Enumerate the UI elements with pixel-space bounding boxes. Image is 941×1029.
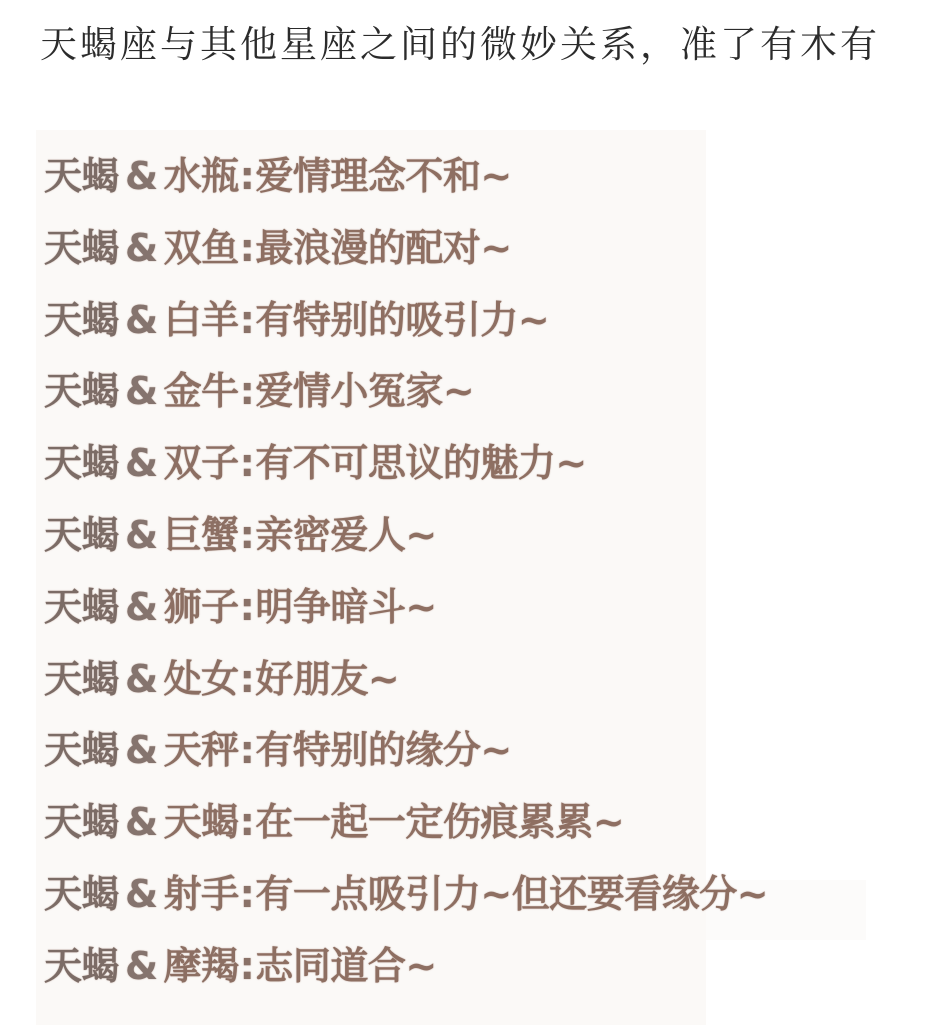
list-item: 天蝎&射手:有一点吸引力~但还要看缘分~ bbox=[44, 868, 768, 940]
row-colon: : bbox=[240, 226, 255, 270]
row-description: 有一点吸引力~但还要看缘分~ bbox=[255, 872, 768, 916]
row-subject: 天蝎 bbox=[44, 226, 119, 270]
row-subject: 天蝎 bbox=[44, 369, 119, 413]
row-colon: : bbox=[240, 728, 255, 772]
row-ampersand: & bbox=[125, 226, 158, 270]
list-item: 天蝎&水瓶:爱情理念不和~ bbox=[44, 150, 768, 222]
list-item: 天蝎&巨蟹:亲密爱人~ bbox=[44, 509, 768, 581]
row-sign: 金牛 bbox=[164, 369, 239, 413]
row-colon: : bbox=[240, 657, 255, 701]
row-subject: 天蝎 bbox=[44, 657, 119, 701]
row-sign: 水瓶 bbox=[164, 154, 239, 198]
row-subject: 天蝎 bbox=[44, 585, 119, 629]
row-description: 爱情理念不和~ bbox=[255, 154, 511, 198]
row-sign: 天秤 bbox=[164, 728, 239, 772]
row-sign: 双鱼 bbox=[164, 226, 239, 270]
list-item: 天蝎&双子:有不可思议的魅力~ bbox=[44, 437, 768, 509]
row-ampersand: & bbox=[125, 657, 158, 701]
row-ampersand: & bbox=[125, 369, 158, 413]
row-ampersand: & bbox=[125, 944, 158, 988]
row-sign: 白羊 bbox=[164, 298, 239, 342]
row-sign: 巨蟹 bbox=[164, 513, 239, 557]
row-colon: : bbox=[240, 872, 255, 916]
row-ampersand: & bbox=[125, 513, 158, 557]
row-sign: 天蝎 bbox=[164, 800, 239, 844]
row-colon: : bbox=[240, 513, 255, 557]
row-sign: 双子 bbox=[164, 441, 239, 485]
list-item: 天蝎&金牛:爱情小冤家~ bbox=[44, 365, 768, 437]
row-ampersand: & bbox=[125, 728, 158, 772]
row-colon: : bbox=[240, 944, 255, 988]
row-ampersand: & bbox=[125, 154, 158, 198]
row-description: 亲密爱人~ bbox=[255, 513, 436, 557]
row-description: 最浪漫的配对~ bbox=[255, 226, 511, 270]
list-item: 天蝎&狮子:明争暗斗~ bbox=[44, 581, 768, 653]
list-item: 天蝎&双鱼:最浪漫的配对~ bbox=[44, 222, 768, 294]
row-description: 有特别的缘分~ bbox=[255, 728, 511, 772]
row-ampersand: & bbox=[125, 872, 158, 916]
row-sign: 狮子 bbox=[164, 585, 239, 629]
row-subject: 天蝎 bbox=[44, 872, 119, 916]
row-colon: : bbox=[240, 441, 255, 485]
row-description: 好朋友~ bbox=[255, 657, 399, 701]
row-subject: 天蝎 bbox=[44, 513, 119, 557]
row-sign: 摩羯 bbox=[164, 944, 239, 988]
row-colon: : bbox=[240, 154, 255, 198]
row-ampersand: & bbox=[125, 441, 158, 485]
row-sign: 处女 bbox=[164, 657, 239, 701]
row-sign: 射手 bbox=[164, 872, 239, 916]
row-description: 有不可思议的魅力~ bbox=[255, 441, 586, 485]
list-item: 天蝎&处女:好朋友~ bbox=[44, 653, 768, 725]
list-item: 天蝎&白羊:有特别的吸引力~ bbox=[44, 294, 768, 366]
row-subject: 天蝎 bbox=[44, 800, 119, 844]
row-subject: 天蝎 bbox=[44, 441, 119, 485]
row-subject: 天蝎 bbox=[44, 728, 119, 772]
row-colon: : bbox=[240, 298, 255, 342]
row-colon: : bbox=[240, 585, 255, 629]
row-subject: 天蝎 bbox=[44, 944, 119, 988]
row-description: 爱情小冤家~ bbox=[255, 369, 474, 413]
post-title: 天蝎座与其他星座之间的微妙关系，准了有木有 bbox=[40, 20, 880, 70]
row-description: 志同道合~ bbox=[255, 944, 436, 988]
row-colon: : bbox=[240, 800, 255, 844]
list-item: 天蝎&摩羯:志同道合~ bbox=[44, 940, 768, 1012]
row-subject: 天蝎 bbox=[44, 298, 119, 342]
list-item: 天蝎&天蝎:在一起一定伤痕累累~ bbox=[44, 796, 768, 868]
row-description: 明争暗斗~ bbox=[255, 585, 436, 629]
row-colon: : bbox=[240, 369, 255, 413]
row-ampersand: & bbox=[125, 800, 158, 844]
list-item: 天蝎&天秤:有特别的缘分~ bbox=[44, 724, 768, 796]
row-description: 在一起一定伤痕累累~ bbox=[255, 800, 624, 844]
row-description: 有特别的吸引力~ bbox=[255, 298, 549, 342]
row-ampersand: & bbox=[125, 298, 158, 342]
row-ampersand: & bbox=[125, 585, 158, 629]
compatibility-list: 天蝎&水瓶:爱情理念不和~ 天蝎&双鱼:最浪漫的配对~ 天蝎&白羊:有特别的吸引… bbox=[44, 150, 768, 1012]
row-subject: 天蝎 bbox=[44, 154, 119, 198]
